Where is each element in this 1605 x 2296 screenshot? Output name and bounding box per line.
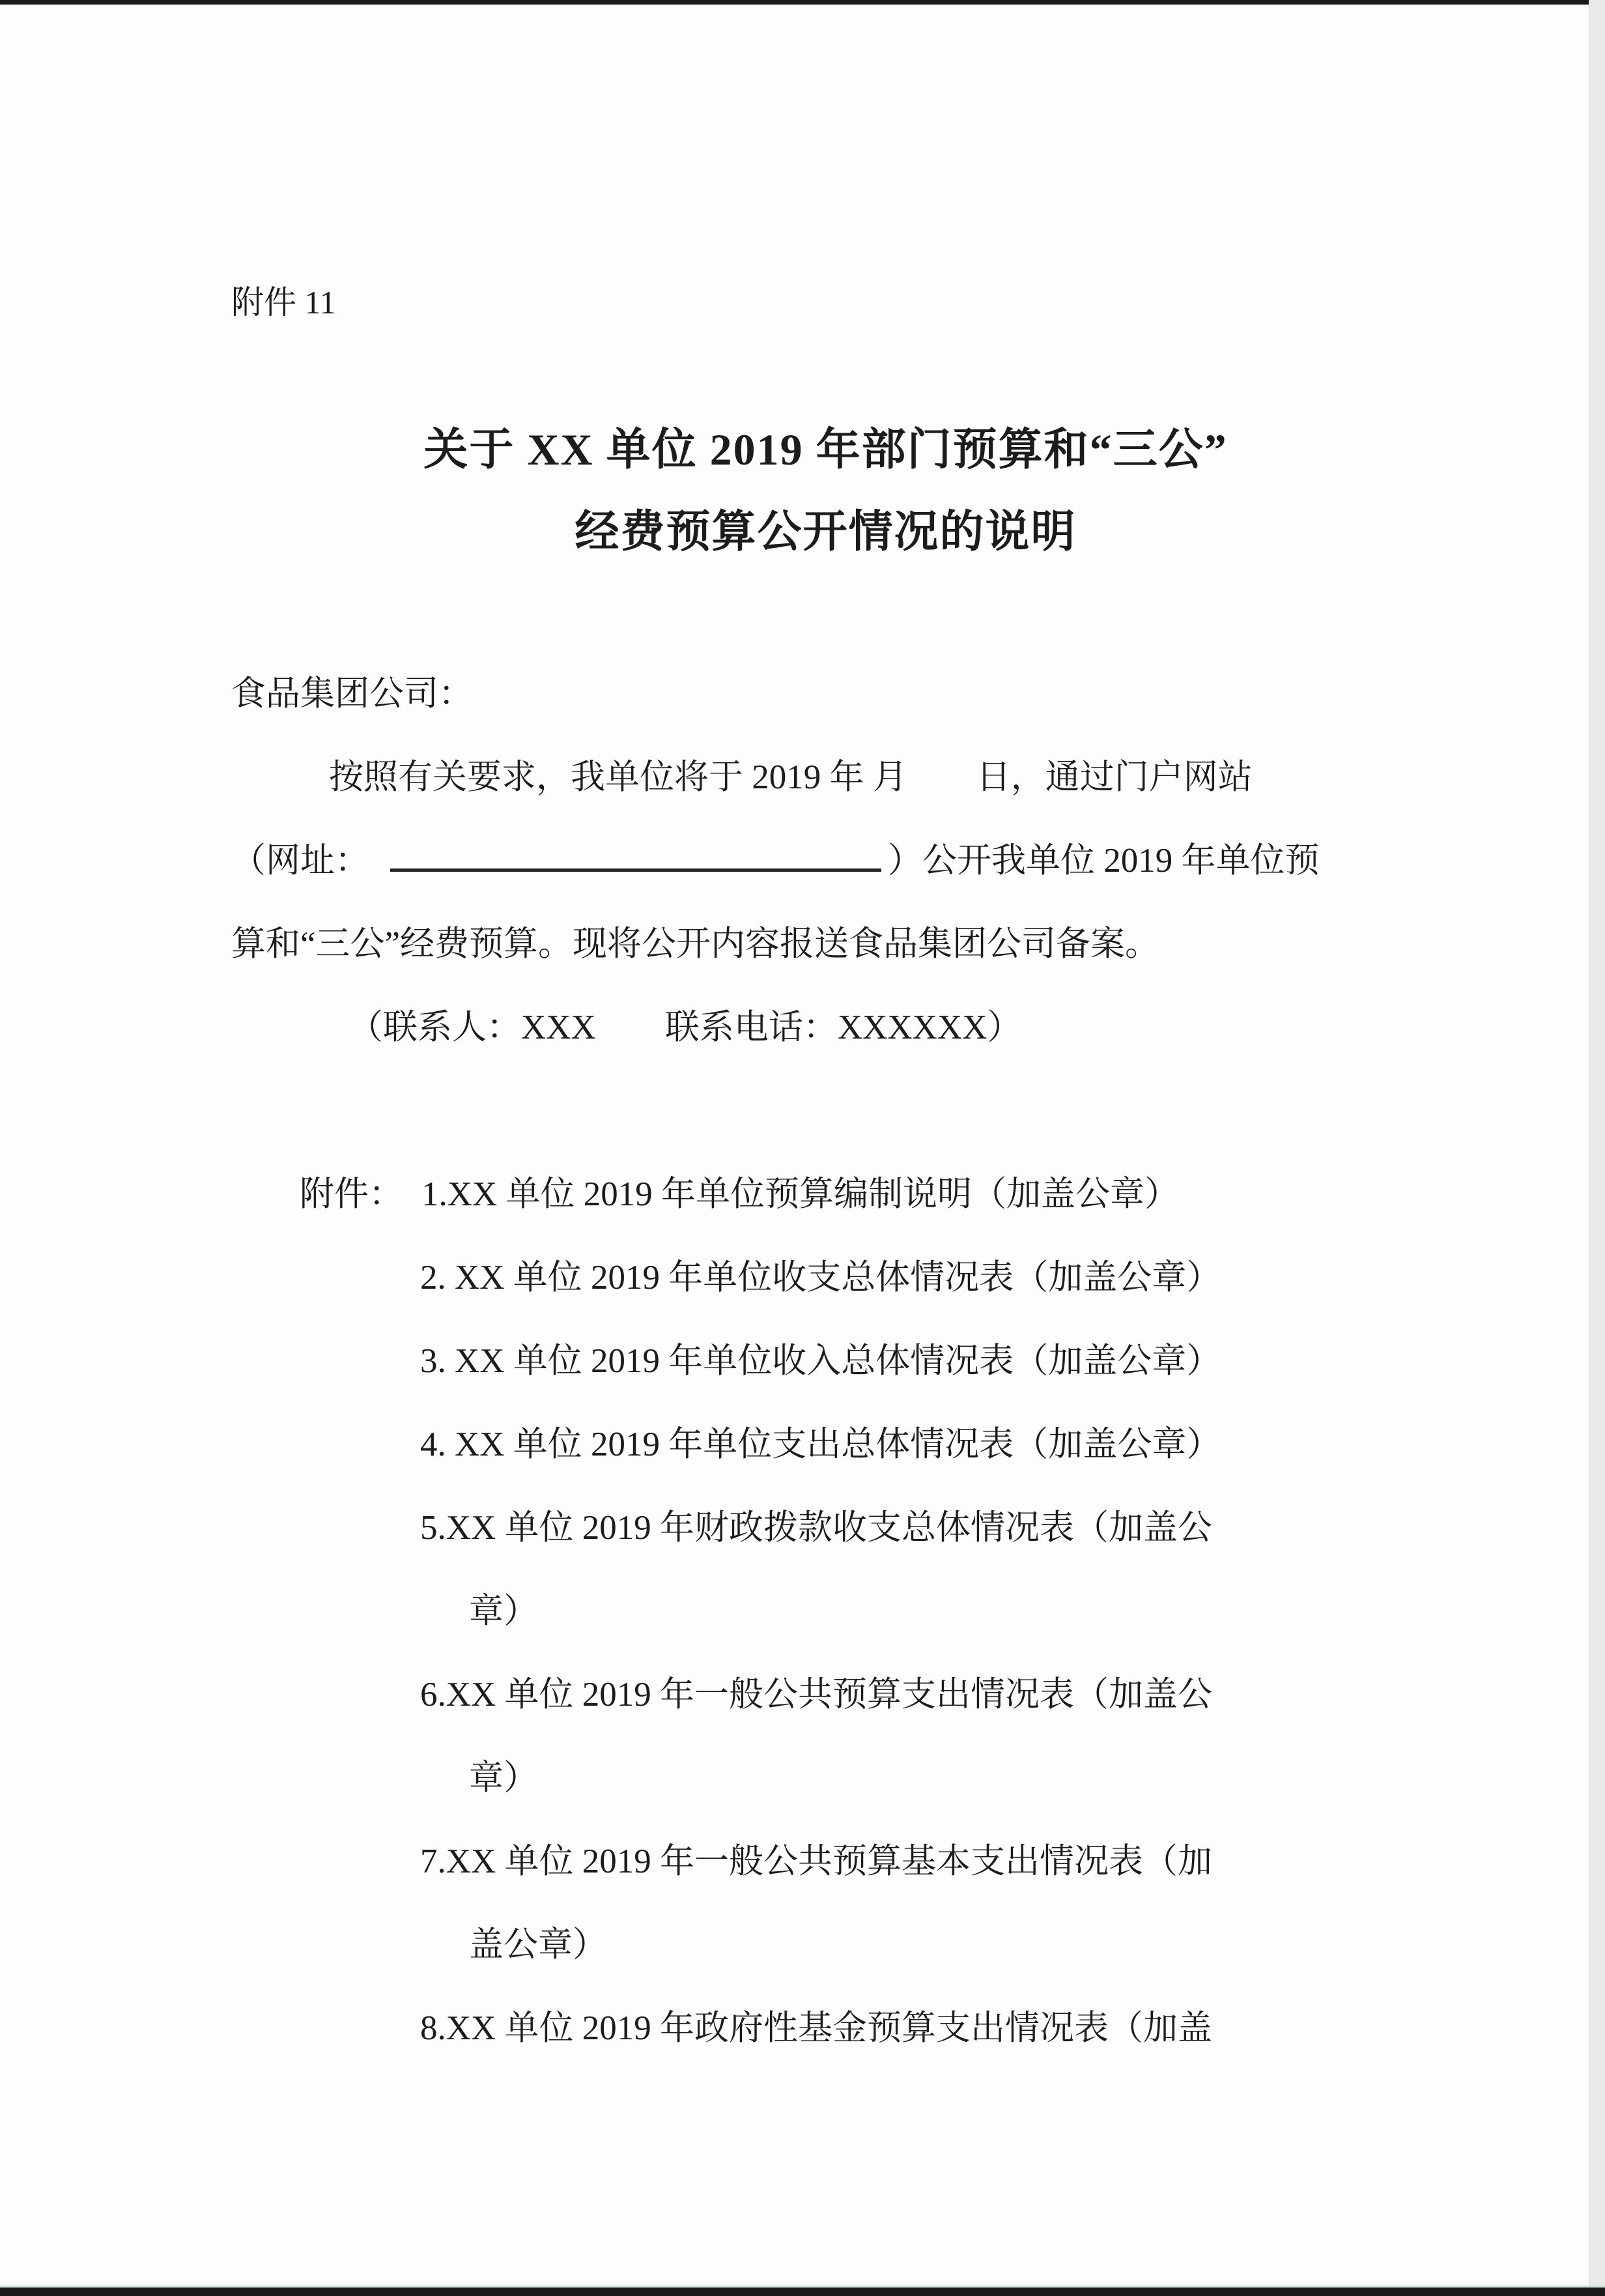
attachment-list: 附件：1.XX 单位 2019 年单位预算编制说明（加盖公章） 2. XX 单位… <box>231 1153 1420 2070</box>
contact-line: （联系人：XXX 联系电话：XXXXXX） <box>231 986 1420 1069</box>
attachment-item-7-text: 7.XX 单位 2019 年一般公共预算基本支出情况表（加 <box>420 1843 1212 1880</box>
document-title-line-1: 关于 XX 单位 2019 年部门预算和“三公” <box>231 409 1420 491</box>
attachment-item-1-text: 1.XX 单位 2019 年单位预算编制说明（加盖公章） <box>421 1175 1179 1213</box>
paragraph-line-2: （网址：）公开我单位 2019 年单位预 <box>231 819 1420 902</box>
attachment-item-7: 7.XX 单位 2019 年一般公共预算基本支出情况表（加 <box>231 1820 1420 1903</box>
attachment-item-6: 6.XX 单位 2019 年一般公共预算支出情况表（加盖公 <box>231 1653 1420 1736</box>
attachment-item-5: 5.XX 单位 2019 年财政拨款收支总体情况表（加盖公 <box>231 1486 1420 1570</box>
document-content: 附件 11 关于 XX 单位 2019 年部门预算和“三公” 经费预算公开情况的… <box>231 0 1420 2070</box>
document-body: 食品集团公司： 按照有关要求，我单位将于 2019 年 月 日，通过门户网站 （… <box>231 652 1420 1069</box>
url-blank-underline <box>390 864 881 872</box>
url-field-label: （网址： <box>231 842 369 880</box>
attachment-item-2: 2. XX 单位 2019 年单位收支总体情况表（加盖公章） <box>231 1236 1420 1319</box>
attachment-item-6-continuation-text: 章） <box>469 1759 538 1797</box>
scan-edge-right <box>1589 0 1605 2296</box>
attachment-item-6-text: 6.XX 单位 2019 年一般公共预算支出情况表（加盖公 <box>420 1676 1212 1714</box>
attachment-item-2-text: 2. XX 单位 2019 年单位收支总体情况表（加盖公章） <box>420 1259 1221 1297</box>
attachment-item-4-text: 4. XX 单位 2019 年单位支出总体情况表（加盖公章） <box>420 1426 1221 1463</box>
attachment-item-7-continuation-text: 盖公章） <box>469 1926 607 1964</box>
attachment-item-1: 附件：1.XX 单位 2019 年单位预算编制说明（加盖公章） <box>231 1153 1420 1236</box>
attachment-item-4: 4. XX 单位 2019 年单位支出总体情况表（加盖公章） <box>231 1403 1420 1486</box>
paragraph-line-1: 按照有关要求，我单位将于 2019 年 月 日，通过门户网站 <box>231 736 1420 819</box>
paragraph-line-2-suffix: ）公开我单位 2019 年单位预 <box>888 842 1320 880</box>
paragraph-line-3: 算和“三公”经费预算。现将公开内容报送食品集团公司备案。 <box>231 902 1420 986</box>
salutation: 食品集团公司： <box>231 652 1420 736</box>
attachment-number-label: 附件 11 <box>231 261 1420 344</box>
attachment-item-5-continuation-text: 章） <box>469 1592 538 1630</box>
document-title-line-2: 经费预算公开情况的说明 <box>231 491 1420 573</box>
attachment-item-8-text: 8.XX 单位 2019 年政府性基金预算支出情况表（加盖 <box>420 2009 1212 2047</box>
attachment-list-label: 附件： <box>300 1175 403 1213</box>
scan-edge-bottom <box>0 2288 1605 2296</box>
document-title: 关于 XX 单位 2019 年部门预算和“三公” 经费预算公开情况的说明 <box>231 409 1420 573</box>
attachment-item-5-continuation: 章） <box>231 1570 1420 1653</box>
attachment-item-7-continuation: 盖公章） <box>231 1903 1420 1987</box>
attachment-item-8: 8.XX 单位 2019 年政府性基金预算支出情况表（加盖 <box>231 1987 1420 2070</box>
attachment-item-6-continuation: 章） <box>231 1736 1420 1820</box>
attachment-item-3-text: 3. XX 单位 2019 年单位收入总体情况表（加盖公章） <box>420 1342 1221 1380</box>
attachment-item-5-text: 5.XX 单位 2019 年财政拨款收支总体情况表（加盖公 <box>420 1509 1212 1547</box>
attachment-item-3: 3. XX 单位 2019 年单位收入总体情况表（加盖公章） <box>231 1319 1420 1403</box>
scanned-document-page: 附件 11 关于 XX 单位 2019 年部门预算和“三公” 经费预算公开情况的… <box>0 0 1605 2296</box>
